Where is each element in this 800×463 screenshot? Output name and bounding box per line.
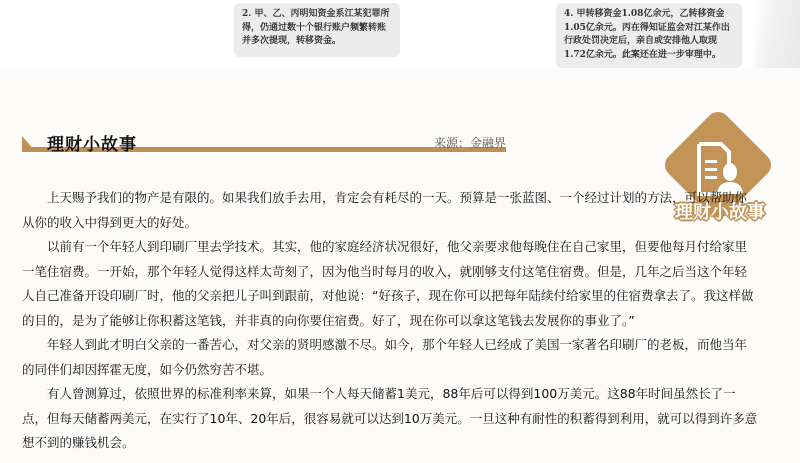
decorative-shade — [755, 0, 800, 68]
article-paragraph: 年轻人到此才明白父亲的一番苦心，对父亲的贤明感激不尽。如今，那个年轻人已经成了美… — [22, 333, 758, 382]
section-title: 理财小故事 — [47, 130, 137, 155]
article-paragraph: 以前有一个年轻人到印刷厂里去学技术。其实，他的家庭经济状况很好，他父亲要求他每晚… — [22, 235, 758, 333]
callout-note-4: 4. 甲转移资金1.08亿余元，乙转移资金1.05亿余元。丙在得知证监会对江某作… — [556, 3, 742, 68]
source-label: 来源：金融界 — [434, 134, 506, 151]
article-paragraph: 上天赐予我们的物产是有限的。如果我们放手去用，肯定会有耗尽的一天。预算是一张蓝图… — [22, 186, 758, 235]
article-paragraph: 有人曾测算过，依照世界的标准利率来算，如果一个人每天储蓄1美元，88年后可以得到… — [22, 382, 758, 456]
top-image-band: 2. 甲、乙、丙明知资金系江某犯罪所得，仍通过数十个银行账户频繁转账并多次提现，… — [0, 0, 800, 68]
callout-note-2: 2. 甲、乙、丙明知资金系江某犯罪所得，仍通过数十个银行账户频繁转账并多次提现，… — [234, 3, 400, 57]
article-body: 上天赐予我们的物产是有限的。如果我们放手去用，肯定会有耗尽的一天。预算是一张蓝图… — [22, 186, 758, 456]
section-header: 理财小故事 来源：金融界 — [22, 126, 506, 156]
